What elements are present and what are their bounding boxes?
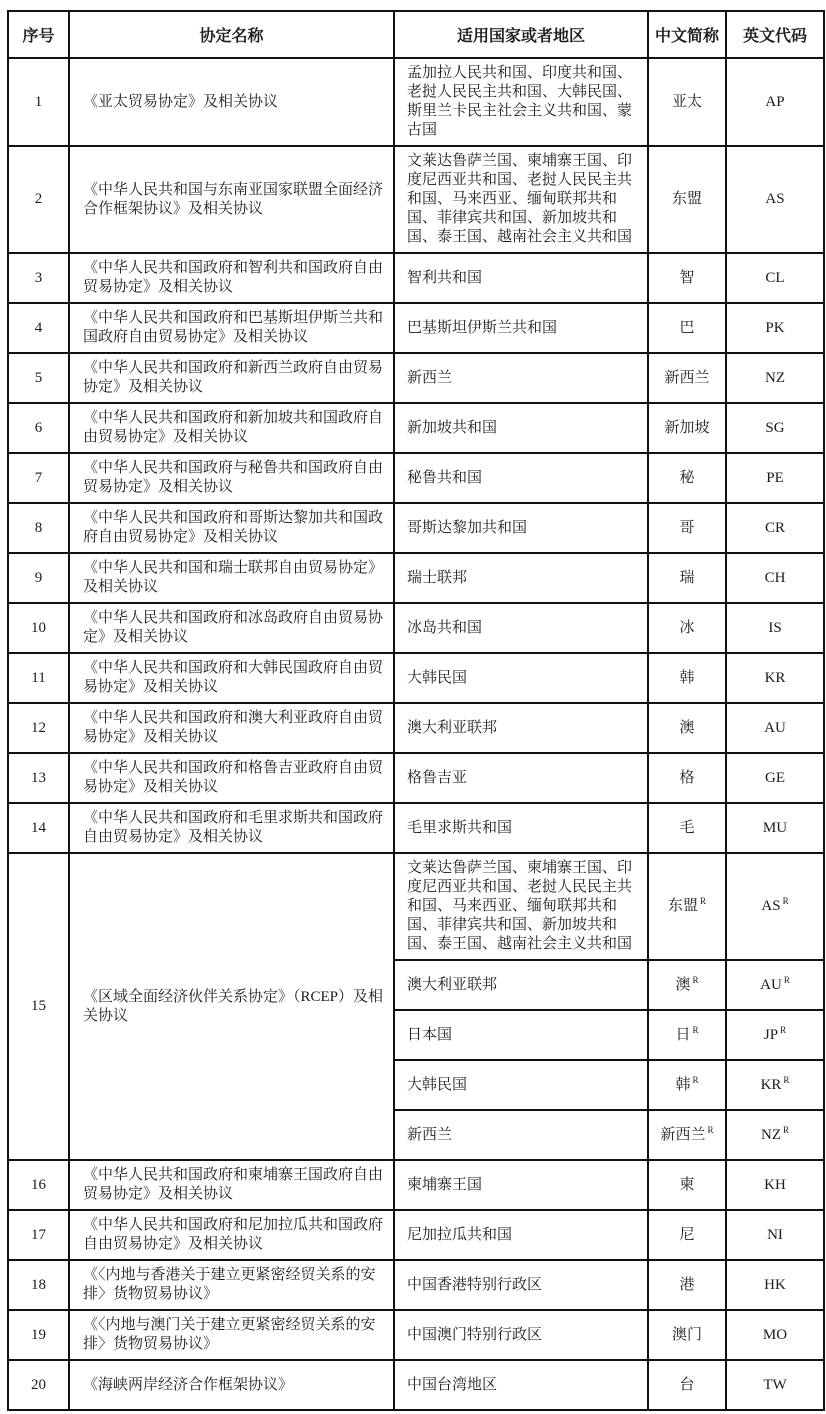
code-cell: HK [726, 1260, 824, 1310]
region-cell: 文莱达鲁萨兰国、柬埔寨王国、印度尼西亚共和国、老挝人民民主共和国、马来西亚、缅甸… [394, 146, 648, 253]
region-cell: 大韩民国 [394, 1060, 648, 1110]
r-superscript: R [693, 1075, 699, 1085]
region-cell: 哥斯达黎加共和国 [394, 503, 648, 553]
code-cell: AP [726, 58, 824, 146]
code-cell: NI [726, 1210, 824, 1260]
code-cell: NZ [726, 353, 824, 403]
region-cell: 新西兰 [394, 353, 648, 403]
abbr-cell: 东盟R [648, 853, 726, 960]
table-row: 13《中华人民共和国政府和格鲁吉亚政府自由贸易协定》及相关协议格鲁吉亚格GE [8, 753, 824, 803]
header-agreement-name: 协定名称 [69, 11, 394, 58]
code-cell-text: KR [761, 1077, 782, 1093]
row-number-cell: 19 [8, 1310, 69, 1360]
code-cell-text: NZ [765, 370, 785, 386]
abbr-cell: 毛 [648, 803, 726, 853]
table-row: 9《中华人民共和国和瑞士联邦自由贸易协定》及相关协议瑞士联邦瑞CH [8, 553, 824, 603]
abbr-cell: 亚太 [648, 58, 726, 146]
code-cell: NZR [726, 1110, 824, 1160]
abbr-cell-text: 台 [679, 1377, 694, 1393]
table-row: 14《中华人民共和国政府和毛里求斯共和国政府自由贸易协定》及相关协议毛里求斯共和… [8, 803, 824, 853]
header-english-code: 英文代码 [726, 11, 824, 58]
code-cell-text: IS [768, 620, 781, 636]
code-cell: GE [726, 753, 824, 803]
table-row: 19《〈内地与澳门关于建立更紧密经贸关系的安排〉货物贸易协议》中国澳门特别行政区… [8, 1310, 824, 1360]
abbr-cell-text: 日 [675, 1027, 690, 1043]
header-applicable-region: 适用国家或者地区 [394, 11, 648, 58]
agreement-name-cell: 《中华人民共和国政府与秘鲁共和国政府自由贸易协定》及相关协议 [69, 453, 394, 503]
code-cell-text: SG [765, 420, 784, 436]
code-cell: SG [726, 403, 824, 453]
agreement-name-cell: 《中华人民共和国政府和新西兰政府自由贸易协定》及相关协议 [69, 353, 394, 403]
region-cell: 孟加拉人民共和国、印度共和国、老挝人民民主共和国、大韩民国、斯里兰卡民主社会主义… [394, 58, 648, 146]
abbr-cell: 澳R [648, 960, 726, 1010]
r-superscript: R [708, 1125, 714, 1135]
abbr-cell-text: 柬 [679, 1177, 694, 1193]
code-cell: PE [726, 453, 824, 503]
abbr-cell: 新加坡 [648, 403, 726, 453]
code-cell-text: MU [763, 820, 787, 836]
table-row: 8《中华人民共和国政府和哥斯达黎加共和国政府自由贸易协定》及相关协议哥斯达黎加共… [8, 503, 824, 553]
region-cell: 澳大利亚联邦 [394, 703, 648, 753]
agreement-name-cell: 《中华人民共和国政府和尼加拉瓜共和国政府自由贸易协定》及相关协议 [69, 1210, 394, 1260]
table-row: 5《中华人民共和国政府和新西兰政府自由贸易协定》及相关协议新西兰新西兰NZ [8, 353, 824, 403]
row-number-cell: 14 [8, 803, 69, 853]
region-cell: 瑞士联邦 [394, 553, 648, 603]
abbr-cell: 柬 [648, 1160, 726, 1210]
table-row: 18《〈内地与香港关于建立更紧密经贸关系的安排〉货物贸易协议》中国香港特别行政区… [8, 1260, 824, 1310]
abbr-cell-text: 巴 [679, 320, 694, 336]
abbr-cell-text: 哥 [679, 520, 694, 536]
r-superscript: R [783, 1125, 789, 1135]
agreement-name-cell: 《中华人民共和国和瑞士联邦自由贸易协定》及相关协议 [69, 553, 394, 603]
code-cell: CH [726, 553, 824, 603]
abbr-cell-text: 港 [679, 1277, 694, 1293]
code-cell: JPR [726, 1010, 824, 1060]
agreement-name-cell: 《中华人民共和国政府和新加坡共和国政府自由贸易协定》及相关协议 [69, 403, 394, 453]
agreement-name-cell: 《中华人民共和国政府和澳大利亚政府自由贸易协定》及相关协议 [69, 703, 394, 753]
code-cell-text: NZ [761, 1127, 781, 1143]
header-serial-number: 序号 [8, 11, 69, 58]
code-cell: CL [726, 253, 824, 303]
code-cell-text: AU [760, 977, 782, 993]
agreement-name-cell: 《区域全面经济伙伴关系协定》（RCEP）及相关协议 [69, 853, 394, 1160]
abbr-cell: 澳 [648, 703, 726, 753]
abbr-cell: 新西兰R [648, 1110, 726, 1160]
table-row: 20《海峡两岸经济合作框架协议》中国台湾地区台TW [8, 1360, 824, 1410]
code-cell-text: AP [765, 94, 784, 110]
abbr-cell: 日R [648, 1010, 726, 1060]
code-cell: AU [726, 703, 824, 753]
agreement-name-cell: 《中华人民共和国政府和冰岛政府自由贸易协定》及相关协议 [69, 603, 394, 653]
table-row: 15《区域全面经济伙伴关系协定》（RCEP）及相关协议文莱达鲁萨兰国、柬埔寨王国… [8, 853, 824, 960]
r-superscript: R [780, 1025, 786, 1035]
abbr-cell: 秘 [648, 453, 726, 503]
row-number-cell: 18 [8, 1260, 69, 1310]
abbr-cell: 韩 [648, 653, 726, 703]
code-cell-text: CR [765, 520, 785, 536]
row-number-cell: 15 [8, 853, 69, 1160]
region-cell: 智利共和国 [394, 253, 648, 303]
region-cell: 尼加拉瓜共和国 [394, 1210, 648, 1260]
agreement-name-cell: 《〈内地与澳门关于建立更紧密经贸关系的安排〉货物贸易协议》 [69, 1310, 394, 1360]
row-number-cell: 20 [8, 1360, 69, 1410]
code-cell: TW [726, 1360, 824, 1410]
table-row: 17《中华人民共和国政府和尼加拉瓜共和国政府自由贸易协定》及相关协议尼加拉瓜共和… [8, 1210, 824, 1260]
agreement-name-cell: 《亚太贸易协定》及相关协议 [69, 58, 394, 146]
row-number-cell: 1 [8, 58, 69, 146]
code-cell: AUR [726, 960, 824, 1010]
abbr-cell-text: 毛 [679, 820, 694, 836]
abbr-cell: 巴 [648, 303, 726, 353]
abbr-cell-text: 澳 [675, 977, 690, 993]
code-cell: IS [726, 603, 824, 653]
region-cell: 格鲁吉亚 [394, 753, 648, 803]
table-row: 10《中华人民共和国政府和冰岛政府自由贸易协定》及相关协议冰岛共和国冰IS [8, 603, 824, 653]
table-row: 2《中华人民共和国与东南亚国家联盟全面经济合作框架协议》及相关协议文莱达鲁萨兰国… [8, 146, 824, 253]
code-cell: MO [726, 1310, 824, 1360]
code-cell-text: AS [761, 898, 780, 914]
agreement-name-cell: 《中华人民共和国政府和哥斯达黎加共和国政府自由贸易协定》及相关协议 [69, 503, 394, 553]
header-chinese-abbreviation: 中文简称 [648, 11, 726, 58]
row-number-cell: 12 [8, 703, 69, 753]
table-row: 3《中华人民共和国政府和智利共和国政府自由贸易协定》及相关协议智利共和国智CL [8, 253, 824, 303]
table-row: 1《亚太贸易协定》及相关协议孟加拉人民共和国、印度共和国、老挝人民民主共和国、大… [8, 58, 824, 146]
r-superscript: R [783, 1075, 789, 1085]
code-cell-text: HK [764, 1277, 786, 1293]
code-cell-text: KR [765, 670, 786, 686]
abbr-cell: 港 [648, 1260, 726, 1310]
region-cell: 新西兰 [394, 1110, 648, 1160]
agreement-name-cell: 《中华人民共和国政府和毛里求斯共和国政府自由贸易协定》及相关协议 [69, 803, 394, 853]
agreement-name-cell: 《中华人民共和国政府和格鲁吉亚政府自由贸易协定》及相关协议 [69, 753, 394, 803]
abbr-cell: 新西兰 [648, 353, 726, 403]
agreement-name-cell: 《中华人民共和国政府和巴基斯坦伊斯兰共和国政府自由贸易协定》及相关协议 [69, 303, 394, 353]
code-cell: KRR [726, 1060, 824, 1110]
code-cell-text: MO [763, 1327, 787, 1343]
abbr-cell-text: 亚太 [672, 94, 702, 110]
abbr-cell: 瑞 [648, 553, 726, 603]
code-cell-text: JP [764, 1027, 778, 1043]
region-cell: 冰岛共和国 [394, 603, 648, 653]
header-row: 序号 协定名称 适用国家或者地区 中文简称 英文代码 [8, 11, 824, 58]
region-cell: 毛里求斯共和国 [394, 803, 648, 853]
table-body: 1《亚太贸易协定》及相关协议孟加拉人民共和国、印度共和国、老挝人民民主共和国、大… [8, 58, 824, 1410]
abbr-cell-text: 尼 [679, 1227, 694, 1243]
abbr-cell-text: 秘 [679, 470, 694, 486]
region-cell: 澳大利亚联邦 [394, 960, 648, 1010]
r-superscript: R [700, 896, 706, 906]
table-row: 4《中华人民共和国政府和巴基斯坦伊斯兰共和国政府自由贸易协定》及相关协议巴基斯坦… [8, 303, 824, 353]
row-number-cell: 4 [8, 303, 69, 353]
r-superscript: R [783, 896, 789, 906]
code-cell-text: AS [765, 191, 784, 207]
row-number-cell: 2 [8, 146, 69, 253]
code-cell-text: CH [765, 570, 786, 586]
abbr-cell: 台 [648, 1360, 726, 1410]
region-cell: 巴基斯坦伊斯兰共和国 [394, 303, 648, 353]
abbr-cell-text: 韩 [679, 670, 694, 686]
abbr-cell: 冰 [648, 603, 726, 653]
code-cell-text: KH [764, 1177, 786, 1193]
table-row: 16《中华人民共和国政府和柬埔寨王国政府自由贸易协定》及相关协议柬埔寨王国柬KH [8, 1160, 824, 1210]
abbr-cell: 尼 [648, 1210, 726, 1260]
region-cell: 新加坡共和国 [394, 403, 648, 453]
row-number-cell: 9 [8, 553, 69, 603]
region-cell: 日本国 [394, 1010, 648, 1060]
agreement-name-cell: 《中华人民共和国与东南亚国家联盟全面经济合作框架协议》及相关协议 [69, 146, 394, 253]
agreement-name-cell: 《海峡两岸经济合作框架协议》 [69, 1360, 394, 1410]
code-cell: KR [726, 653, 824, 703]
region-cell: 大韩民国 [394, 653, 648, 703]
code-cell: KH [726, 1160, 824, 1210]
region-cell: 柬埔寨王国 [394, 1160, 648, 1210]
row-number-cell: 17 [8, 1210, 69, 1260]
row-number-cell: 8 [8, 503, 69, 553]
table-header: 序号 协定名称 适用国家或者地区 中文简称 英文代码 [8, 11, 824, 58]
table-row: 12《中华人民共和国政府和澳大利亚政府自由贸易协定》及相关协议澳大利亚联邦澳AU [8, 703, 824, 753]
code-cell: PK [726, 303, 824, 353]
code-cell: MU [726, 803, 824, 853]
region-cell: 中国香港特别行政区 [394, 1260, 648, 1310]
row-number-cell: 5 [8, 353, 69, 403]
abbr-cell: 格 [648, 753, 726, 803]
code-cell: CR [726, 503, 824, 553]
code-cell-text: GE [765, 770, 785, 786]
abbr-cell-text: 东盟 [668, 898, 698, 914]
region-cell: 中国澳门特别行政区 [394, 1310, 648, 1360]
r-superscript: R [693, 975, 699, 985]
trade-agreements-table: 序号 协定名称 适用国家或者地区 中文简称 英文代码 1《亚太贸易协定》及相关协… [7, 10, 825, 1411]
abbr-cell-text: 澳门 [672, 1327, 702, 1343]
row-number-cell: 10 [8, 603, 69, 653]
r-superscript: R [693, 1025, 699, 1035]
abbr-cell: 东盟 [648, 146, 726, 253]
abbr-cell-text: 智 [679, 270, 694, 286]
row-number-cell: 16 [8, 1160, 69, 1210]
abbr-cell-text: 东盟 [672, 191, 702, 207]
abbr-cell-text: 格 [679, 770, 694, 786]
row-number-cell: 6 [8, 403, 69, 453]
row-number-cell: 3 [8, 253, 69, 303]
abbr-cell: 澳门 [648, 1310, 726, 1360]
agreement-name-cell: 《中华人民共和国政府和柬埔寨王国政府自由贸易协定》及相关协议 [69, 1160, 394, 1210]
code-cell-text: CL [765, 270, 784, 286]
abbr-cell-text: 瑞 [679, 570, 694, 586]
agreement-name-cell: 《中华人民共和国政府和大韩民国政府自由贸易协定》及相关协议 [69, 653, 394, 703]
abbr-cell-text: 澳 [679, 720, 694, 736]
abbr-cell-text: 新加坡 [664, 420, 709, 436]
agreement-name-cell: 《〈内地与香港关于建立更紧密经贸关系的安排〉货物贸易协议》 [69, 1260, 394, 1310]
region-cell: 秘鲁共和国 [394, 453, 648, 503]
abbr-cell-text: 冰 [679, 620, 694, 636]
code-cell-text: PE [766, 470, 784, 486]
region-cell: 文莱达鲁萨兰国、柬埔寨王国、印度尼西亚共和国、老挝人民民主共和国、马来西亚、缅甸… [394, 853, 648, 960]
row-number-cell: 11 [8, 653, 69, 703]
abbr-cell: 哥 [648, 503, 726, 553]
table-row: 11《中华人民共和国政府和大韩民国政府自由贸易协定》及相关协议大韩民国韩KR [8, 653, 824, 703]
agreement-name-cell: 《中华人民共和国政府和智利共和国政府自由贸易协定》及相关协议 [69, 253, 394, 303]
abbr-cell: 韩R [648, 1060, 726, 1110]
code-cell-text: NI [767, 1227, 783, 1243]
abbr-cell: 智 [648, 253, 726, 303]
code-cell: ASR [726, 853, 824, 960]
code-cell: AS [726, 146, 824, 253]
abbr-cell-text: 新西兰 [660, 1127, 705, 1143]
abbr-cell-text: 韩 [675, 1077, 690, 1093]
row-number-cell: 13 [8, 753, 69, 803]
code-cell-text: PK [765, 320, 784, 336]
region-cell: 中国台湾地区 [394, 1360, 648, 1410]
table-row: 7《中华人民共和国政府与秘鲁共和国政府自由贸易协定》及相关协议秘鲁共和国秘PE [8, 453, 824, 503]
row-number-cell: 7 [8, 453, 69, 503]
code-cell-text: AU [764, 720, 786, 736]
abbr-cell-text: 新西兰 [664, 370, 709, 386]
r-superscript: R [784, 975, 790, 985]
table-row: 6《中华人民共和国政府和新加坡共和国政府自由贸易协定》及相关协议新加坡共和国新加… [8, 403, 824, 453]
code-cell-text: TW [763, 1377, 786, 1393]
